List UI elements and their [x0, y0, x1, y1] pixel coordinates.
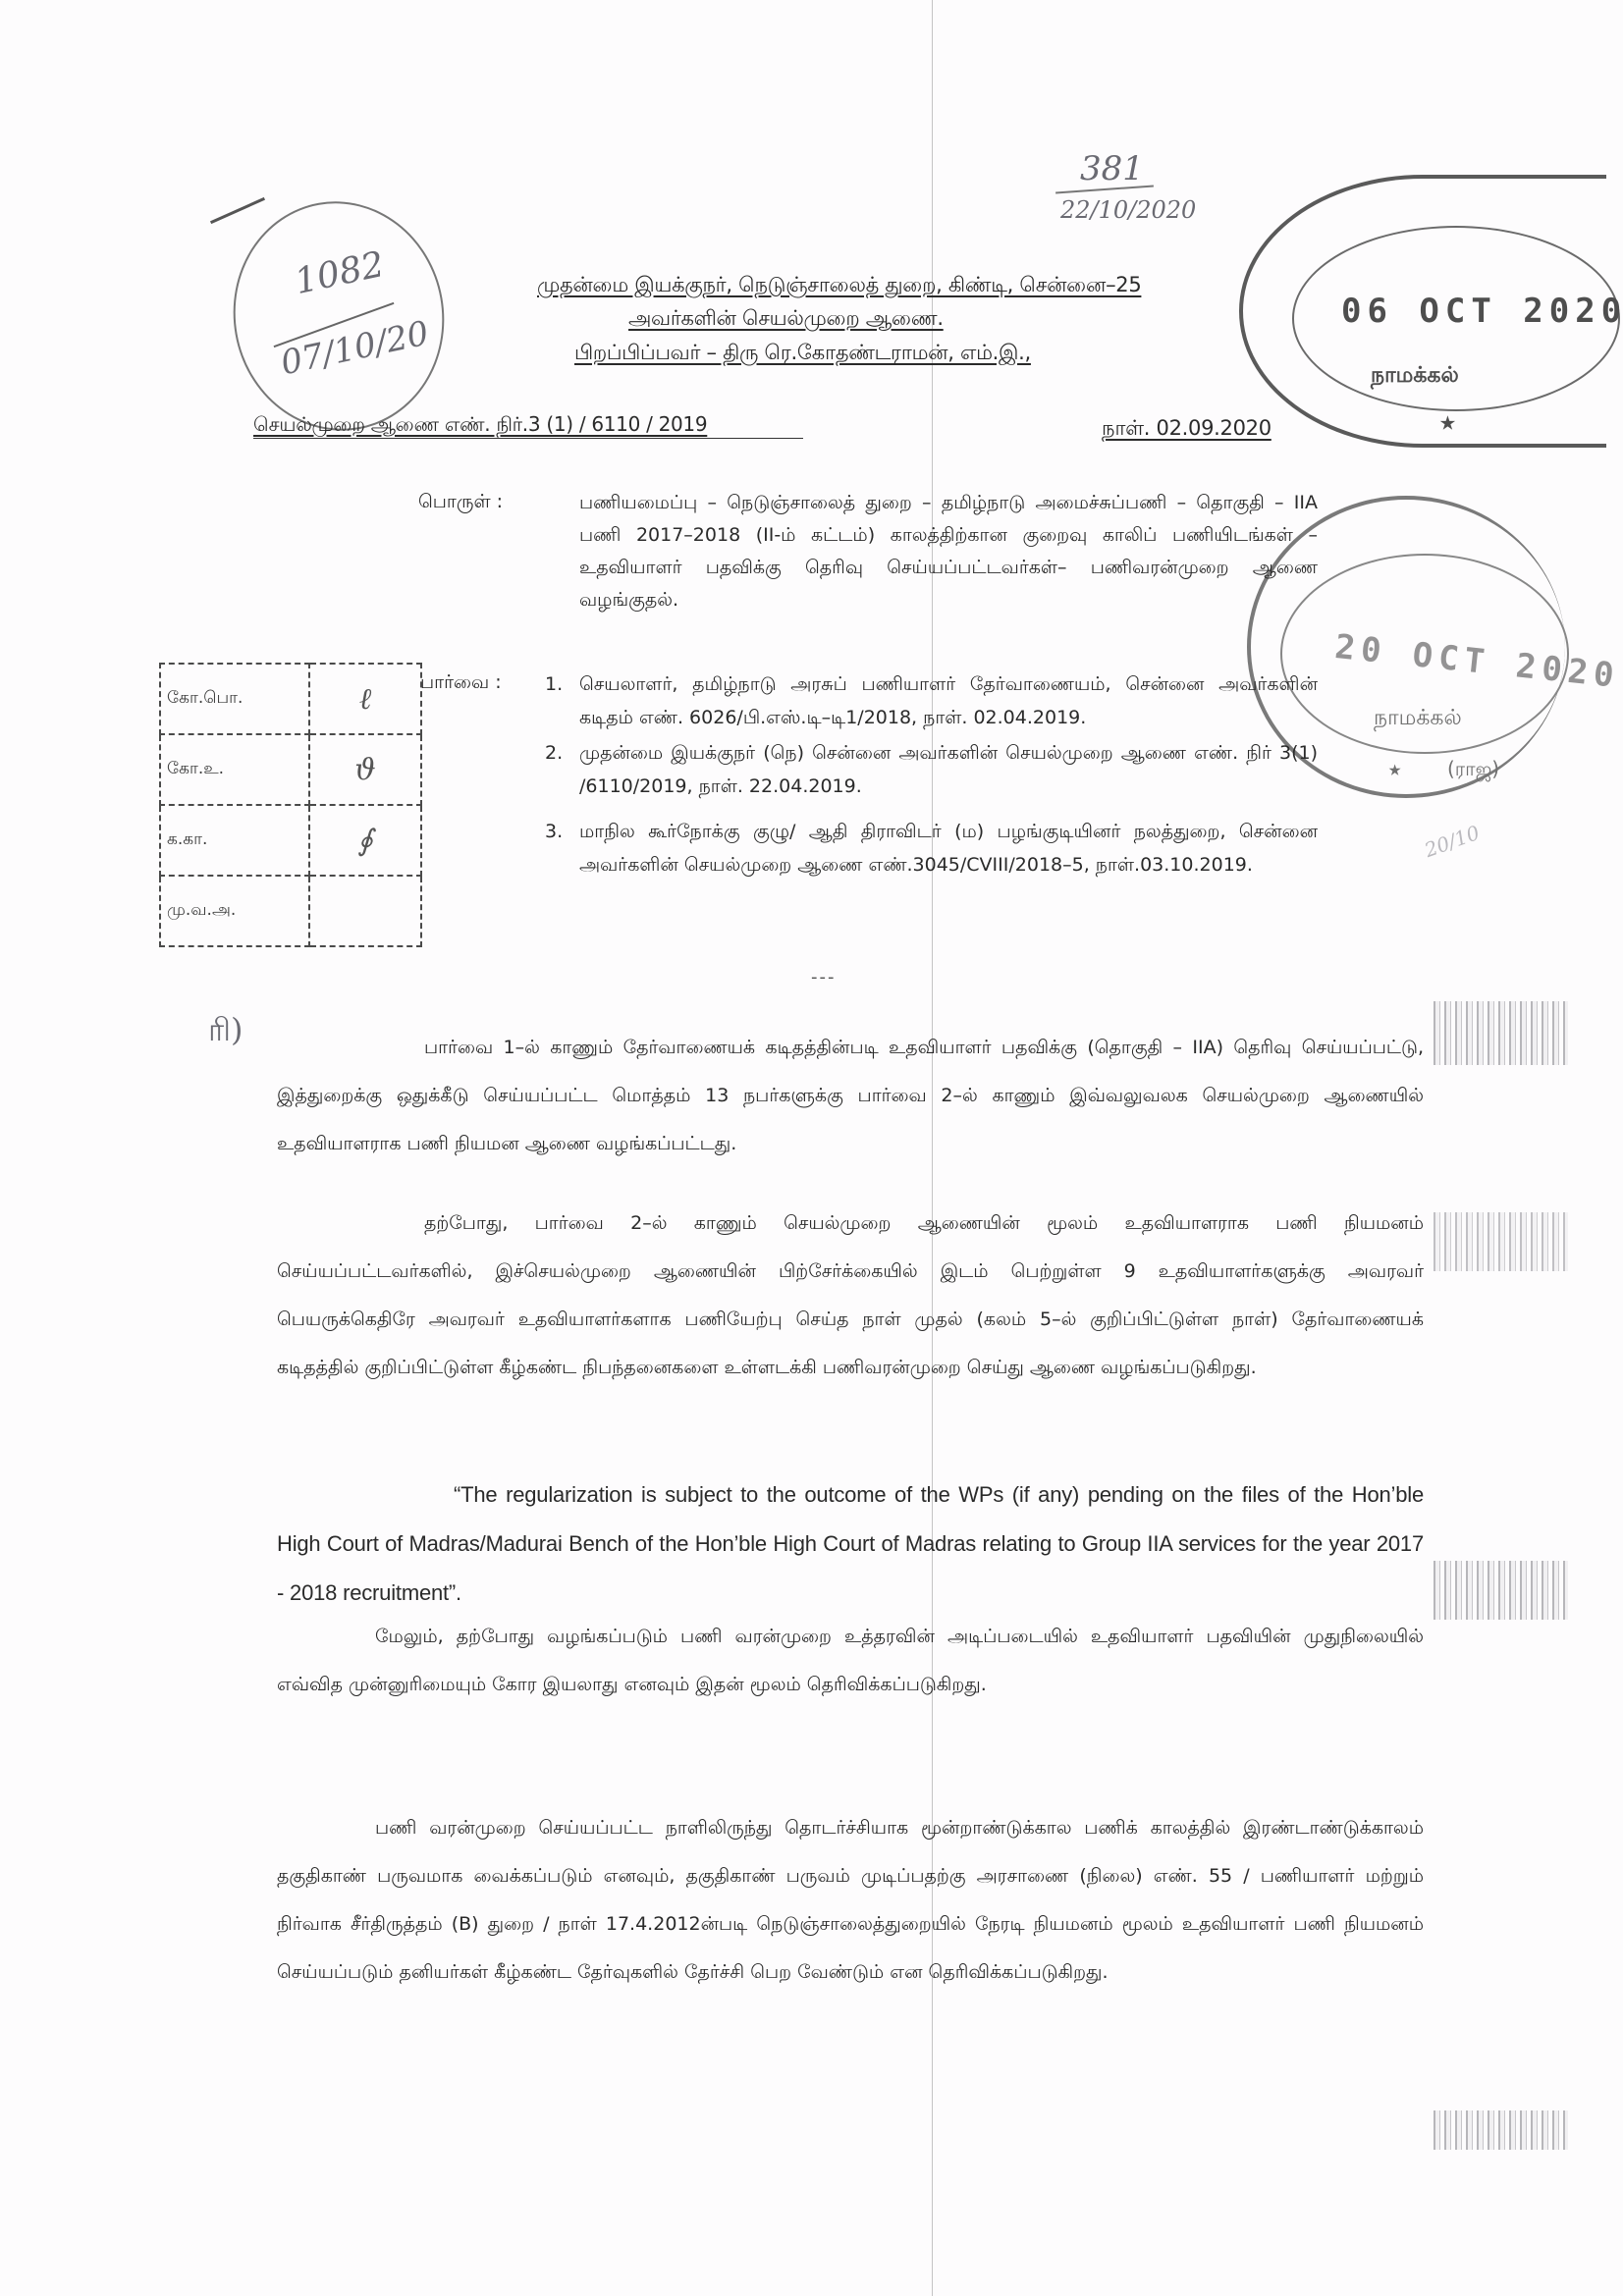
stamp-ring-text: (ராஜ) — [1447, 757, 1499, 783]
scan-artifact — [1434, 1001, 1568, 1065]
received-stamp-1: 06 OCT 2020 நாமக்கல் ★ — [1239, 175, 1606, 448]
issuer-title: முதன்மை இயக்குநர், நெடுஞ்சாலைத் துறை, கி… — [537, 273, 1141, 299]
stamp-date: 06 OCT 2020 — [1341, 292, 1623, 331]
star-icon: ★ — [1388, 757, 1401, 781]
paragraph-text: தற்போது, பார்வை 2–ல் காணும் செயல்முறை ஆண… — [277, 1212, 1424, 1378]
reference-number: 2. — [545, 736, 579, 803]
paragraph-text: பார்வை 1–ல் காணும் தேர்வாணையக் கடிதத்தின… — [277, 1037, 1424, 1154]
paragraph-3-english: “The regularization is subject to the ou… — [277, 1470, 1424, 1618]
paragraph-1: பார்வை 1–ல் காணும் தேர்வாணையக் கடிதத்தின… — [277, 1024, 1424, 1168]
approver-signature: ℓ — [309, 664, 421, 734]
paragraph-text: மேலும், தற்போது வழங்கப்படும் பணி வரன்முற… — [277, 1626, 1424, 1695]
order-date: நாள். 02.09.2020 — [1102, 416, 1271, 443]
scan-artifact — [1434, 1561, 1568, 1620]
approver-label: மு.வ.அ. — [160, 876, 309, 946]
paragraph-4: மேலும், தற்போது வழங்கப்படும் பணி வரன்முற… — [277, 1613, 1424, 1709]
order-number-underline — [253, 438, 803, 439]
approver-label: கோ.உ. — [160, 734, 309, 805]
reference-number: 3. — [545, 815, 579, 881]
section-separator: --- — [811, 967, 837, 988]
handwritten-inward-number: 381 — [1080, 149, 1144, 188]
reference-item: 1. செயலாளர், தமிழ்நாடு அரசுப் பணியாளர் த… — [545, 667, 1318, 734]
subject-text: பணியமைப்பு – நெடுஞ்சாலைத் துறை – தமிழ்நா… — [579, 487, 1318, 616]
issued-by: பிறப்பிப்பவர் – திரு ரெ.கோதண்டராமன், எம்… — [574, 341, 1031, 367]
approver-signature: ϑ — [309, 734, 421, 805]
paragraph-2: தற்போது, பார்வை 2–ல் காணும் செயல்முறை ஆண… — [277, 1200, 1424, 1392]
approver-signature — [309, 876, 421, 946]
references-label: பார்வை : — [420, 671, 502, 696]
handwritten-inward-date: 22/10/2020 — [1060, 196, 1196, 224]
paragraph-text: பணி வரன்முறை செய்யப்பட்ட நாளிலிருந்து தொ… — [277, 1817, 1424, 1983]
order-number: செயல்முறை ஆணை எண். நிர்.3 (1) / 6110 / 2… — [253, 412, 707, 439]
reference-list: 1. செயலாளர், தமிழ்நாடு அரசுப் பணியாளர் த… — [545, 667, 1318, 881]
handwritten-circle — [215, 185, 461, 448]
reference-item: 3. மாநில கூர்நோக்கு குழு/ ஆதி திராவிடர் … — [545, 815, 1318, 881]
subject-label: பொருள் : — [418, 491, 503, 515]
stamp-initial: 20/10 — [1422, 821, 1483, 862]
pen-mark — [210, 197, 265, 224]
order-type: அவர்களின் செயல்முறை ஆணை. — [628, 306, 944, 333]
approver-label: க.கா. — [160, 805, 309, 876]
reference-text: செயலாளர், தமிழ்நாடு அரசுப் பணியாளர் தேர்… — [579, 667, 1318, 734]
table-row: க.கா. ∮ — [160, 805, 421, 876]
reference-text: மாநில கூர்நோக்கு குழு/ ஆதி திராவிடர் (ம)… — [579, 815, 1318, 881]
paragraph-text: “The regularization is subject to the ou… — [277, 1482, 1424, 1605]
table-row: கோ.உ. ϑ — [160, 734, 421, 805]
stamp-place: நாமக்கல் — [1371, 363, 1459, 391]
star-icon: ★ — [1439, 404, 1456, 437]
approval-signature-table: கோ.பொ. ℓ கோ.உ. ϑ க.கா. ∮ மு.வ.அ. — [159, 663, 422, 947]
scan-artifact — [1434, 2110, 1568, 2150]
stamp-place: நாமக்கல் — [1374, 706, 1462, 733]
approver-label: கோ.பொ. — [160, 664, 309, 734]
scan-artifact — [1434, 1212, 1568, 1271]
table-row: மு.வ.அ. — [160, 876, 421, 946]
paragraph-5: பணி வரன்முறை செய்யப்பட்ட நாளிலிருந்து தொ… — [277, 1804, 1424, 1997]
approver-signature: ∮ — [309, 805, 421, 876]
reference-number: 1. — [545, 667, 579, 734]
reference-text: முதன்மை இயக்குநர் (நெ) சென்னை அவர்களின் … — [579, 736, 1318, 803]
reference-item: 2. முதன்மை இயக்குநர் (நெ) சென்னை அவர்களி… — [545, 736, 1318, 803]
margin-mark: ரி) — [208, 1011, 243, 1052]
table-row: கோ.பொ. ℓ — [160, 664, 421, 734]
